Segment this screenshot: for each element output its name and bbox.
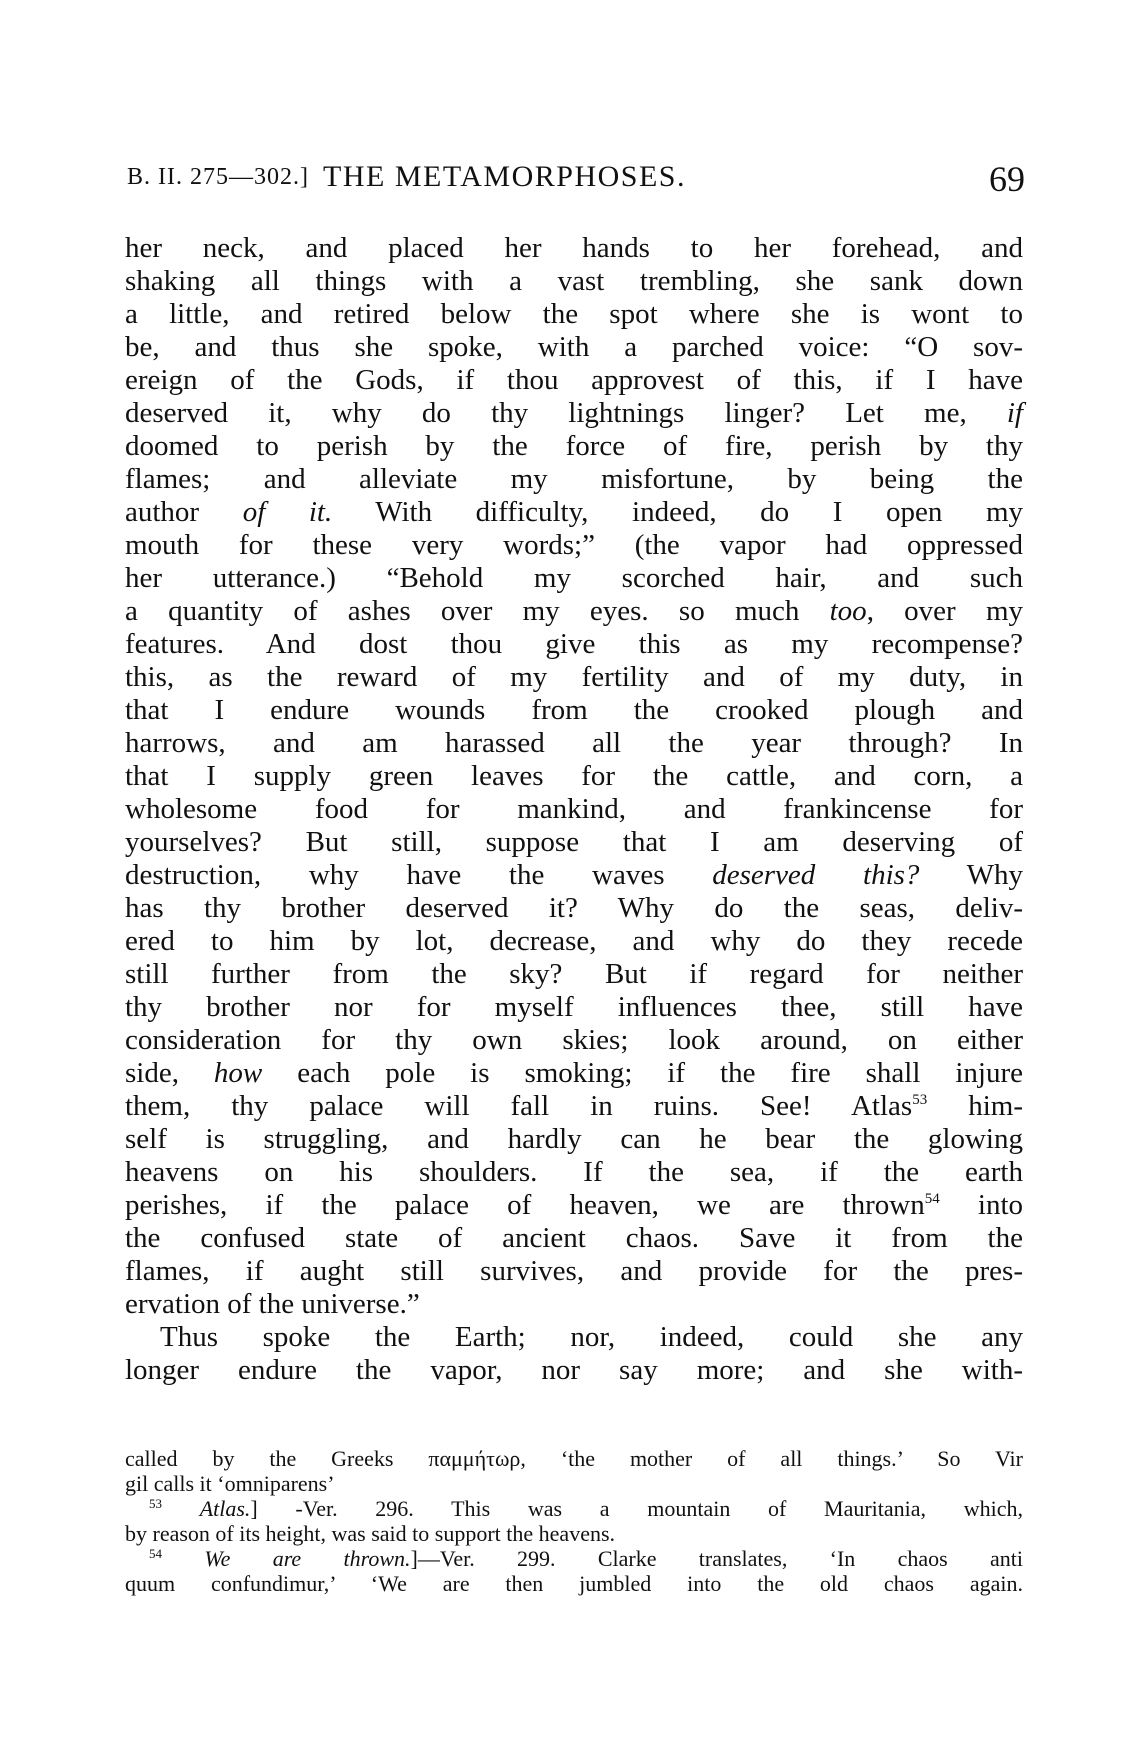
footnote-number: 53 (149, 1496, 162, 1511)
body-line: features. And dost thou give this as my … (125, 628, 1023, 661)
footnote-reference-54[interactable]: 54 (925, 1191, 940, 1207)
body-line: author of it. With difficulty, indeed, d… (125, 496, 1023, 529)
page-number: 69 (989, 158, 1025, 200)
footnotes: called by the Greeks παμμήτωρ, ‘the moth… (125, 1446, 1023, 1596)
body-line: wholesome food for mankind, and frankinc… (125, 793, 1023, 826)
body-line: ered to him by lot, decrease, and why do… (125, 925, 1023, 958)
body-line: perishes, if the palace of heaven, we ar… (125, 1189, 1023, 1222)
body-line: yourselves? But still, suppose that I am… (125, 826, 1023, 859)
italic-emphasis: if (1007, 397, 1023, 429)
body-line: a little, and retired below the spot whe… (125, 298, 1023, 331)
footnote-line: called by the Greeks παμμήτωρ, ‘the moth… (125, 1446, 1023, 1471)
body-line: shaking all things with a vast trembling… (125, 265, 1023, 298)
italic-emphasis: too (830, 595, 867, 627)
footnote-line: by reason of its height, was said to sup… (125, 1521, 1023, 1546)
body-line: side, how each pole is smoking; if the f… (125, 1057, 1023, 1090)
footnote-reference-53[interactable]: 53 (912, 1092, 927, 1108)
body-line: harrows, and am harassed all the year th… (125, 727, 1023, 760)
body-line: a quantity of ashes over my eyes. so muc… (125, 595, 1023, 628)
book-line-reference: B. II. 275—302.] (127, 164, 309, 191)
body-line: her utterance.) “Behold my scorched hair… (125, 562, 1023, 595)
body-line: doomed to perish by the force of fire, p… (125, 430, 1023, 463)
footnote-lemma: We are thrown. (204, 1546, 410, 1571)
body-line: her neck, and placed her hands to her fo… (125, 232, 1023, 265)
body-line: flames; and alleviate my misfortune, by … (125, 463, 1023, 496)
running-head: B. II. 275—302.] THE METAMORPHOSES. 69 (125, 158, 1025, 198)
body-line: this, as the reward of my fertility and … (125, 661, 1023, 694)
body-line: deserved it, why do thy lightnings linge… (125, 397, 1023, 430)
book-page: B. II. 275—302.] THE METAMORPHOSES. 69 h… (0, 0, 1144, 1762)
footnote-number: 54 (149, 1546, 162, 1561)
body-line: consideration for thy own skies; look ar… (125, 1024, 1023, 1057)
footnote-54: 54 We are thrown.]—Ver. 299. Clarke tran… (125, 1546, 1023, 1571)
italic-emphasis: of it. (243, 496, 333, 528)
body-line: heavens on his shoulders. If the sea, if… (125, 1156, 1023, 1189)
footnote-line: gil calls it ‘omniparens’ (125, 1471, 1023, 1496)
body-text: her neck, and placed her hands to her fo… (125, 232, 1023, 1387)
footnote-line: quum confundimur,’ ‘We are then jumbled … (125, 1571, 1023, 1596)
body-line: ervation of the universe.” (125, 1288, 1023, 1321)
body-line: ereign of the Gods, if thou approvest of… (125, 364, 1023, 397)
body-line: self is struggling, and hardly can he be… (125, 1123, 1023, 1156)
body-line-paragraph-start: Thus spoke the Earth; nor, indeed, could… (125, 1321, 1023, 1354)
body-line: thy brother nor for myself influences th… (125, 991, 1023, 1024)
body-line: that I supply green leaves for the cattl… (125, 760, 1023, 793)
body-line: longer endure the vapor, nor say more; a… (125, 1354, 1023, 1387)
italic-emphasis: how (214, 1057, 262, 1089)
book-title: THE METAMORPHOSES. (323, 160, 686, 194)
footnote-lemma: Atlas. (200, 1496, 251, 1521)
body-line: them, thy palace will fall in ruins. See… (125, 1090, 1023, 1123)
body-line: has thy brother deserved it? Why do the … (125, 892, 1023, 925)
footnote-53: 53 Atlas.] -Ver. 296. This was a mountai… (125, 1496, 1023, 1521)
body-line: mouth for these very words;” (the vapor … (125, 529, 1023, 562)
italic-emphasis: deserved this? (712, 859, 919, 891)
body-line: destruction, why have the waves deserved… (125, 859, 1023, 892)
body-line: that I endure wounds from the crooked pl… (125, 694, 1023, 727)
body-line: flames, if aught still survives, and pro… (125, 1255, 1023, 1288)
body-line: still further from the sky? But if regar… (125, 958, 1023, 991)
body-line: be, and thus she spoke, with a parched v… (125, 331, 1023, 364)
body-line: the confused state of ancient chaos. Sav… (125, 1222, 1023, 1255)
